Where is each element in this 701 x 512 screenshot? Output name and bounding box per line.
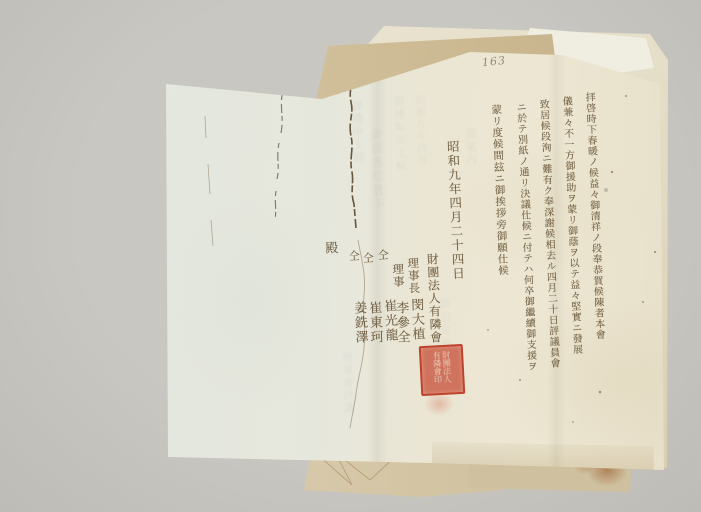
ditto-mark: 仝 [359, 252, 375, 265]
red-seal-stamp: 財團法人有隣會印 [419, 344, 466, 396]
folio-number: 163 [481, 54, 506, 69]
officer-title: 理事 [390, 263, 407, 289]
addressee-honorific: 殿 [320, 241, 340, 256]
ditto-mark: 仝 [345, 250, 361, 263]
officer-title: 理事長 [405, 257, 423, 295]
ditto-mark: 仝 [374, 249, 390, 262]
photo-scene: 御禮申上候 會員各位貴下 御通知申上候 昭和九年四月 理事會決議 御出席被下度 … [0, 0, 701, 512]
seal-text: 財團法人有隣會印 [432, 351, 453, 390]
officer-name: 姜銑澤 [349, 301, 370, 345]
